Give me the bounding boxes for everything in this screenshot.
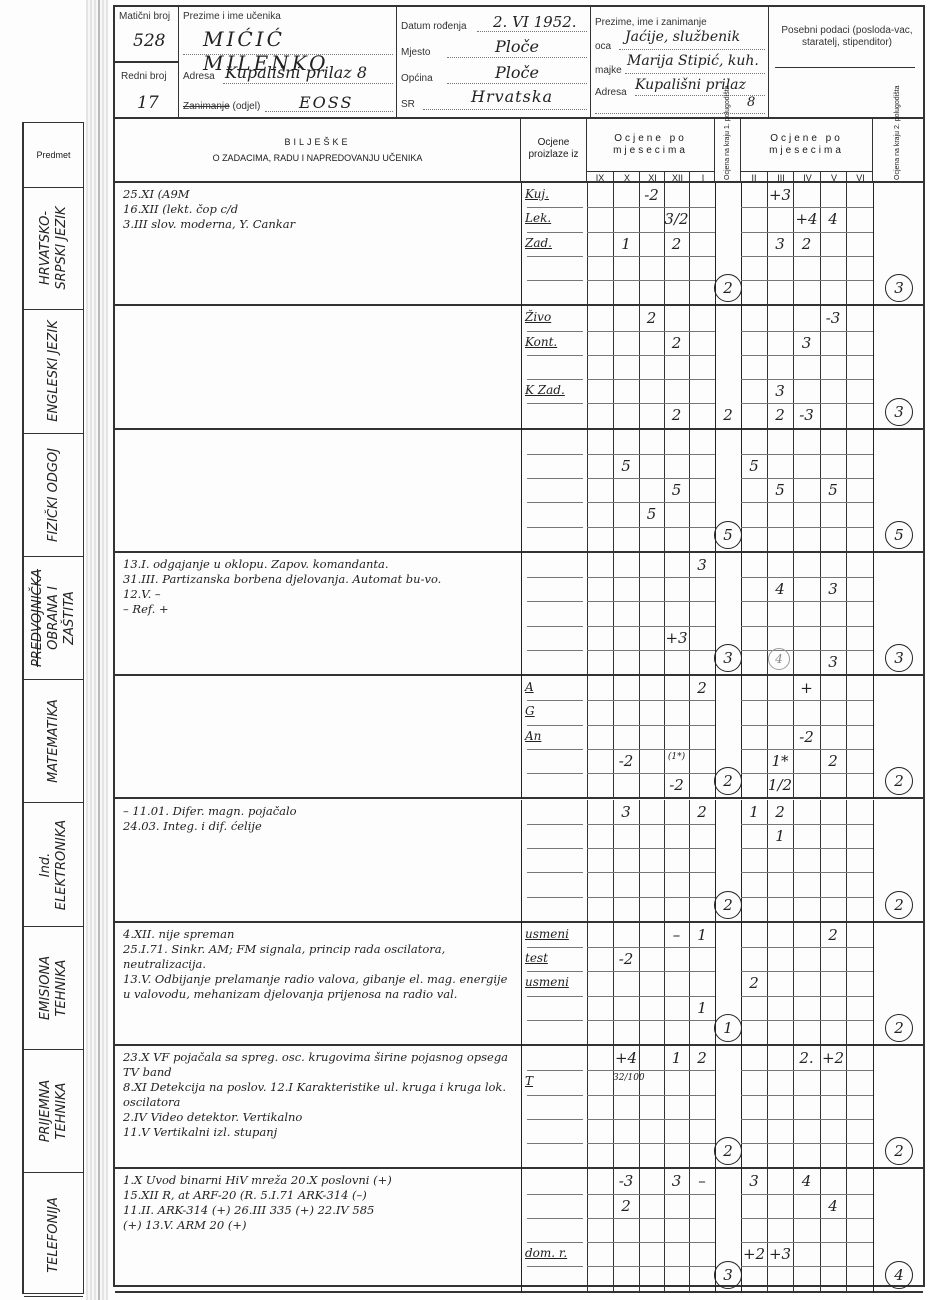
- note-line: – Ref. +: [123, 602, 513, 617]
- grade-XII: (1*): [664, 752, 689, 762]
- posebni-label: Posebni podaci (posloda-vac, staratelj, …: [775, 25, 919, 49]
- grade-V: 3: [820, 580, 846, 598]
- subject-0: HRVATSKO-SRPSKI JEZIK: [24, 187, 83, 310]
- grade-V: 4: [820, 1197, 846, 1215]
- grade-X: 32/100: [613, 1073, 639, 1083]
- mjesto-label: Mjesto: [401, 47, 430, 58]
- grade-XII: 3: [664, 1172, 689, 1190]
- notes: 4.XII. nije spreman25.I.71. Sinkr. AM; F…: [123, 927, 513, 1002]
- grade-source: K Zad.: [525, 383, 583, 397]
- term2-grade: 2: [885, 891, 913, 919]
- oca-value: Jaćije, službenik: [625, 29, 740, 45]
- note-line: 13.V. Odbijanje prelamanje radio valova,…: [123, 972, 513, 1002]
- grade-source: G: [525, 704, 583, 718]
- grade-X: 3: [613, 803, 639, 821]
- grade-IV: -2: [793, 728, 820, 746]
- grade-IV: +4: [793, 210, 820, 228]
- grade-IV: 4: [793, 1172, 820, 1190]
- term1-grade: 2: [714, 1137, 742, 1165]
- grade-III: 1*: [767, 752, 793, 770]
- grade-II: +2: [741, 1245, 767, 1263]
- subject-name: HRVATSKO-SRPSKI JEZIK: [38, 190, 70, 305]
- subject-name: PRIJEMNA TEHNIKA: [38, 1054, 70, 1169]
- subject-1: ENGLESKI JEZIK: [24, 310, 83, 433]
- grade-V: 3: [820, 653, 846, 671]
- term2-grade: 2: [885, 1014, 913, 1042]
- parents-block: Prezime, ime i zanimanje oca Jaćije, slu…: [591, 7, 769, 119]
- notes: 13.I. odgajanje u oklopu. Zapov. komanda…: [123, 557, 513, 617]
- subject-row: 13.I. odgajanje u oklopu. Zapov. komanda…: [115, 553, 923, 676]
- term2-grade: 3: [885, 644, 913, 672]
- grade-XI: 2: [639, 309, 664, 327]
- subject-name: ENGLESKI JEZIK: [46, 314, 62, 429]
- grade-source: Kuj.: [525, 187, 583, 201]
- note-line: 11.II. ARK-314 (+) 26.III 335 (+) 22.IV …: [123, 1203, 513, 1218]
- grade-V: 2: [820, 752, 846, 770]
- binding-line: [98, 0, 100, 1300]
- grade-II: 5: [741, 457, 767, 475]
- biljeske-title: BILJEŠKE: [115, 137, 520, 147]
- adresa2-label: Adresa: [595, 87, 627, 98]
- grade-X: -3: [613, 1172, 639, 1190]
- adresa-value: Kupališni prilaz 8: [225, 63, 367, 82]
- note-line: 15.XII R, at ARF-20 (R. 5.I.71 ARK-314 (…: [123, 1188, 513, 1203]
- subject-row: 1.X Uvod binarni HiV mreža 20.X poslovni…: [115, 1169, 923, 1292]
- student-header: Matični broj 528 Redni broj 17 Prezime i…: [113, 5, 925, 117]
- grade-V: 4: [820, 210, 846, 228]
- grade-V: 2: [820, 926, 846, 944]
- subject-row: ŽivoKont.K Zad.2-323322-323: [115, 306, 923, 429]
- term1-header: Ocjena na kraju 1. polugodišta: [715, 119, 741, 183]
- subject-6: EMISIONA TEHNIKA: [24, 927, 83, 1050]
- term1-grade: 3: [714, 1261, 742, 1289]
- grade-I: 1: [689, 999, 715, 1017]
- grade-source: usmeni: [525, 975, 583, 989]
- grade-II: 2: [741, 974, 767, 992]
- subject-row: AGAn2+-2-2(1*)1*2-21/222: [115, 676, 923, 799]
- subject-name: Ind. ELEKTRONIKA: [38, 807, 70, 922]
- subject-column: Predmet HRVATSKO-SRPSKI JEZIKENGLESKI JE…: [22, 122, 84, 1294]
- months1-header: Ocjene po mjesecima IXXXIXIII: [587, 119, 715, 183]
- grade-III: 3: [767, 235, 793, 253]
- subject-7: PRIJEMNA TEHNIKA: [24, 1050, 83, 1173]
- note-line: 31.III. Partizanska borbena djelovanja. …: [123, 572, 513, 587]
- subject-row: 4.XII. nije spreman25.I.71. Sinkr. AM; F…: [115, 923, 923, 1046]
- ime-label: Prezime i ime učenika: [183, 11, 281, 22]
- maticni-broj-label: Matični broj: [119, 11, 170, 22]
- subject-name: EMISIONA TEHNIKA: [38, 930, 70, 1045]
- subject-name: PREDVOJNIČKA OBRANA I ZAŠTITA: [30, 560, 78, 675]
- grade-I: 2: [689, 803, 715, 821]
- grade-XII: 3/2: [664, 210, 689, 228]
- grade-source: dom. r.: [525, 1246, 583, 1260]
- term2-grade: 2: [885, 767, 913, 795]
- subject-4: MATEMATIKA: [24, 680, 83, 803]
- subject-name: FIZIČKI ODGOJ: [46, 437, 62, 552]
- grade-III: 4: [767, 580, 793, 598]
- mjesto-value: Ploče: [495, 37, 539, 56]
- grade-IV: 2: [793, 235, 820, 253]
- term1-grade: 2: [714, 274, 742, 302]
- grade-I: 1: [689, 926, 715, 944]
- grade-source: Živo: [525, 310, 583, 324]
- note-line: 23.X VF pojačala sa spreg. osc. krugovim…: [123, 1050, 513, 1080]
- grade-III: +3: [767, 1245, 793, 1263]
- notes: 25.XI (A9M16.XII (lekt. čop c/d3.III slo…: [123, 187, 513, 232]
- note-line: 8.XI Detekcija na poslov. 12.I Karakteri…: [123, 1080, 513, 1110]
- roditelji-label: Prezime, ime i zanimanje: [595, 17, 707, 28]
- subject-2: FIZIČKI ODGOJ: [24, 434, 83, 557]
- grade-source: A: [525, 680, 583, 694]
- datum-label: Datum rođenja: [401, 21, 467, 32]
- subject-8: TELEFONIJA: [24, 1173, 83, 1296]
- grade-IV: +: [793, 679, 820, 697]
- notes: – 11.01. Difer. magn. pojačalo24.03. Int…: [123, 804, 513, 834]
- maticni-broj-cell: Matični broj 528: [115, 7, 179, 63]
- sr-value: Hrvatska: [471, 87, 553, 106]
- grade-X: 2: [613, 1197, 639, 1215]
- notes: 1.X Uvod binarni HiV mreža 20.X poslovni…: [123, 1173, 513, 1233]
- opcina-label: Općina: [401, 73, 433, 84]
- biljeske-header: BILJEŠKE O ZADACIMA, RADU I NAPREDOVANJU…: [115, 119, 521, 183]
- datum-value: 2. VI 1952.: [493, 13, 577, 31]
- grade-XII: –: [664, 926, 689, 944]
- grade-X: -2: [613, 950, 639, 968]
- grade-XI: 5: [639, 505, 664, 523]
- note-line: 12.V. –: [123, 587, 513, 602]
- odjel-value: EOSS: [299, 93, 353, 112]
- grade-X: 1: [613, 235, 639, 253]
- grade-source: Kont.: [525, 335, 583, 349]
- subject-row: 23.X VF pojačala sa spreg. osc. krugovim…: [115, 1046, 923, 1169]
- oca-label: oca: [595, 41, 611, 52]
- note-line: 4.XII. nije spreman: [123, 927, 513, 942]
- grade-source: Zad.: [525, 236, 583, 250]
- grade-XII: 2: [664, 406, 689, 424]
- term1-grade: 3: [714, 644, 742, 672]
- grade-III: 1: [767, 827, 793, 845]
- note-line: 24.03. Integ. i dif. ćelije: [123, 819, 513, 834]
- grade-III: 3: [767, 382, 793, 400]
- majke-value: Marija Stipić, kuh.: [627, 53, 759, 69]
- name-block: Prezime i ime učenika MIĆIĆ MILENKO Adre…: [179, 7, 397, 119]
- grade-XI: -2: [639, 186, 664, 204]
- grade-V: +2: [820, 1049, 846, 1067]
- grade-XII: 5: [664, 481, 689, 499]
- note-line: – 11.01. Difer. magn. pojačalo: [123, 804, 513, 819]
- grade-II: 3: [741, 1172, 767, 1190]
- term2-grade: 3: [885, 398, 913, 426]
- note-line: 1.X Uvod binarni HiV mreža 20.X poslovni…: [123, 1173, 513, 1188]
- grade-III: 2: [767, 803, 793, 821]
- predmet-header: Predmet: [24, 123, 83, 188]
- grade-V: -3: [820, 309, 846, 327]
- subject-5: Ind. ELEKTRONIKA: [24, 804, 83, 927]
- birth-block: Datum rođenja 2. VI 1952. Mjesto Ploče O…: [397, 7, 591, 119]
- grade-I: 2: [689, 679, 715, 697]
- redni-broj-cell: Redni broj 17: [115, 63, 179, 119]
- grade-IV: -3: [793, 406, 820, 424]
- biljeske-subtitle: O ZADACIMA, RADU I NAPREDOVANJU UČENIKA: [115, 153, 520, 163]
- note-line: 16.XII (lekt. čop c/d: [123, 202, 513, 217]
- adresa-label: Adresa: [183, 71, 215, 82]
- grade-XII: 2: [664, 235, 689, 253]
- redni-broj-value: 17: [137, 93, 159, 113]
- term2-grade: 4: [885, 1261, 913, 1289]
- redni-broj-label: Redni broj: [121, 71, 167, 82]
- grade-I: 3: [689, 556, 715, 574]
- ocjene-iz-header: Ocjene proizlaze iz: [521, 119, 587, 183]
- grade-IV: 3: [793, 334, 820, 352]
- opcina-value: Ploče: [495, 63, 539, 82]
- note-line: (+) 13.V. ARM 20 (+): [123, 1218, 513, 1233]
- subject-row: – 11.01. Difer. magn. pojačalo24.03. Int…: [115, 800, 923, 923]
- grade-II: 1: [741, 803, 767, 821]
- note-line: 2.IV Video detektor. Vertikalno: [123, 1110, 513, 1125]
- grade-X: +4: [613, 1049, 639, 1067]
- grade-XII: +3: [664, 629, 689, 647]
- grade-XII: 2: [664, 334, 689, 352]
- adresa2-line2: 8: [747, 95, 755, 110]
- subject-row: 25.XI (A9M16.XII (lekt. čop c/d3.III slo…: [115, 183, 923, 306]
- grade-IV: 2.: [793, 1049, 820, 1067]
- grade-source: test: [525, 951, 583, 965]
- term2-header: Ocjena na kraju 2. polugodišta: [873, 119, 923, 183]
- note-line: 11.V Vertikalni izl. stupanj: [123, 1125, 513, 1140]
- term2-grade: 2: [885, 1137, 913, 1165]
- grade-X: 5: [613, 457, 639, 475]
- grade-I: –: [689, 1172, 715, 1190]
- grade-III: 5: [767, 481, 793, 499]
- note-line: 13.I. odgajanje u oklopu. Zapov. komanda…: [123, 557, 513, 572]
- term2-grade: 3: [885, 274, 913, 302]
- grade-source: Lek.: [525, 211, 583, 225]
- term1-grade: 5: [714, 521, 742, 549]
- subject-name: TELEFONIJA: [46, 1177, 62, 1292]
- grade-XII: -2: [664, 776, 689, 794]
- term2-grade: 5: [885, 521, 913, 549]
- notes: 23.X VF pojačala sa spreg. osc. krugovim…: [123, 1050, 513, 1140]
- grade-I: 2: [689, 1049, 715, 1067]
- note-line: 3.III slov. moderna, Y. Cankar: [123, 217, 513, 232]
- term1-extra-grade: 4: [768, 648, 790, 670]
- grade-III: +3: [767, 186, 793, 204]
- subject-row: 55555555: [115, 430, 923, 553]
- months2-header: Ocjene po mjesecima IIIIIIVVVI: [741, 119, 873, 183]
- grade-III: 2: [767, 406, 793, 424]
- grades-table: BILJEŠKE O ZADACIMA, RADU I NAPREDOVANJU…: [113, 117, 925, 1287]
- term1-grade: 2: [714, 891, 742, 919]
- maticni-broj-value: 528: [133, 31, 165, 51]
- grade-source: An: [525, 729, 583, 743]
- subject-3: PREDVOJNIČKA OBRANA I ZAŠTITA: [24, 557, 83, 680]
- grade-X: -2: [613, 752, 639, 770]
- grade-source: T: [525, 1074, 583, 1088]
- grade-III: 1/2: [767, 776, 793, 794]
- grade-XII: 1: [664, 1049, 689, 1067]
- sr-label: SR: [401, 99, 415, 110]
- zanimanje-label: Zanimanje (odjel): [183, 101, 260, 112]
- term1-grade: 1: [714, 1014, 742, 1042]
- note-line: 25.XI (A9M: [123, 187, 513, 202]
- term1-grade: 2: [715, 406, 741, 424]
- note-line: 25.I.71. Sinkr. AM; FM signala, princip …: [123, 942, 513, 972]
- majke-label: majke: [595, 65, 622, 76]
- grade-source: usmeni: [525, 927, 583, 941]
- subject-name: MATEMATIKA: [46, 684, 62, 799]
- term1-grade: 2: [714, 767, 742, 795]
- grade-V: 5: [820, 481, 846, 499]
- binding-edge: [86, 0, 108, 1300]
